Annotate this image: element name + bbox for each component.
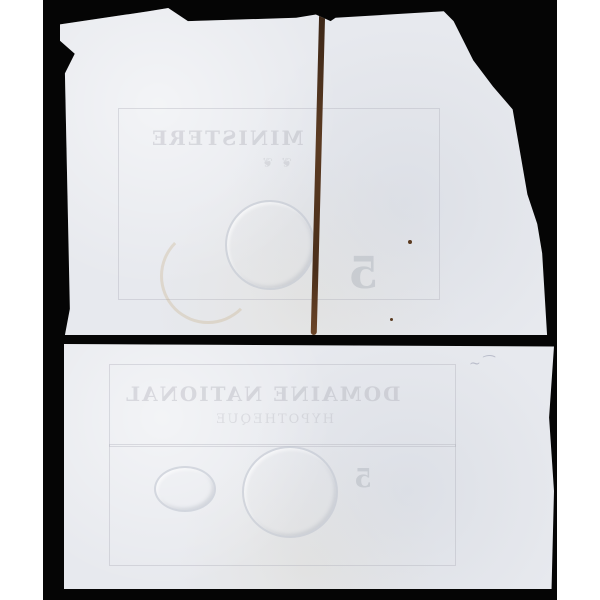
reversed-subheader-text: HYPOTHEQUE (214, 412, 334, 427)
reversed-header-text: DOMAINE NATIONAL (124, 382, 401, 406)
reversed-numeral: 5 (348, 248, 379, 299)
embossed-seal-icon (242, 446, 338, 538)
reversed-header-text: MINISTERE (150, 126, 304, 150)
water-stain (160, 228, 256, 324)
reversed-subheader-text: ❦ ❦ (260, 156, 292, 171)
reversed-numeral: 5 (354, 464, 372, 494)
ink-mark: ~⁀ (469, 356, 492, 372)
rust-spot (408, 240, 412, 244)
paper-fragment-bottom: DOMAINE NATIONAL HYPOTHEQUE 5 ~⁀ (64, 344, 554, 589)
embossed-small-seal-icon (154, 466, 216, 512)
rust-spot (390, 318, 393, 321)
